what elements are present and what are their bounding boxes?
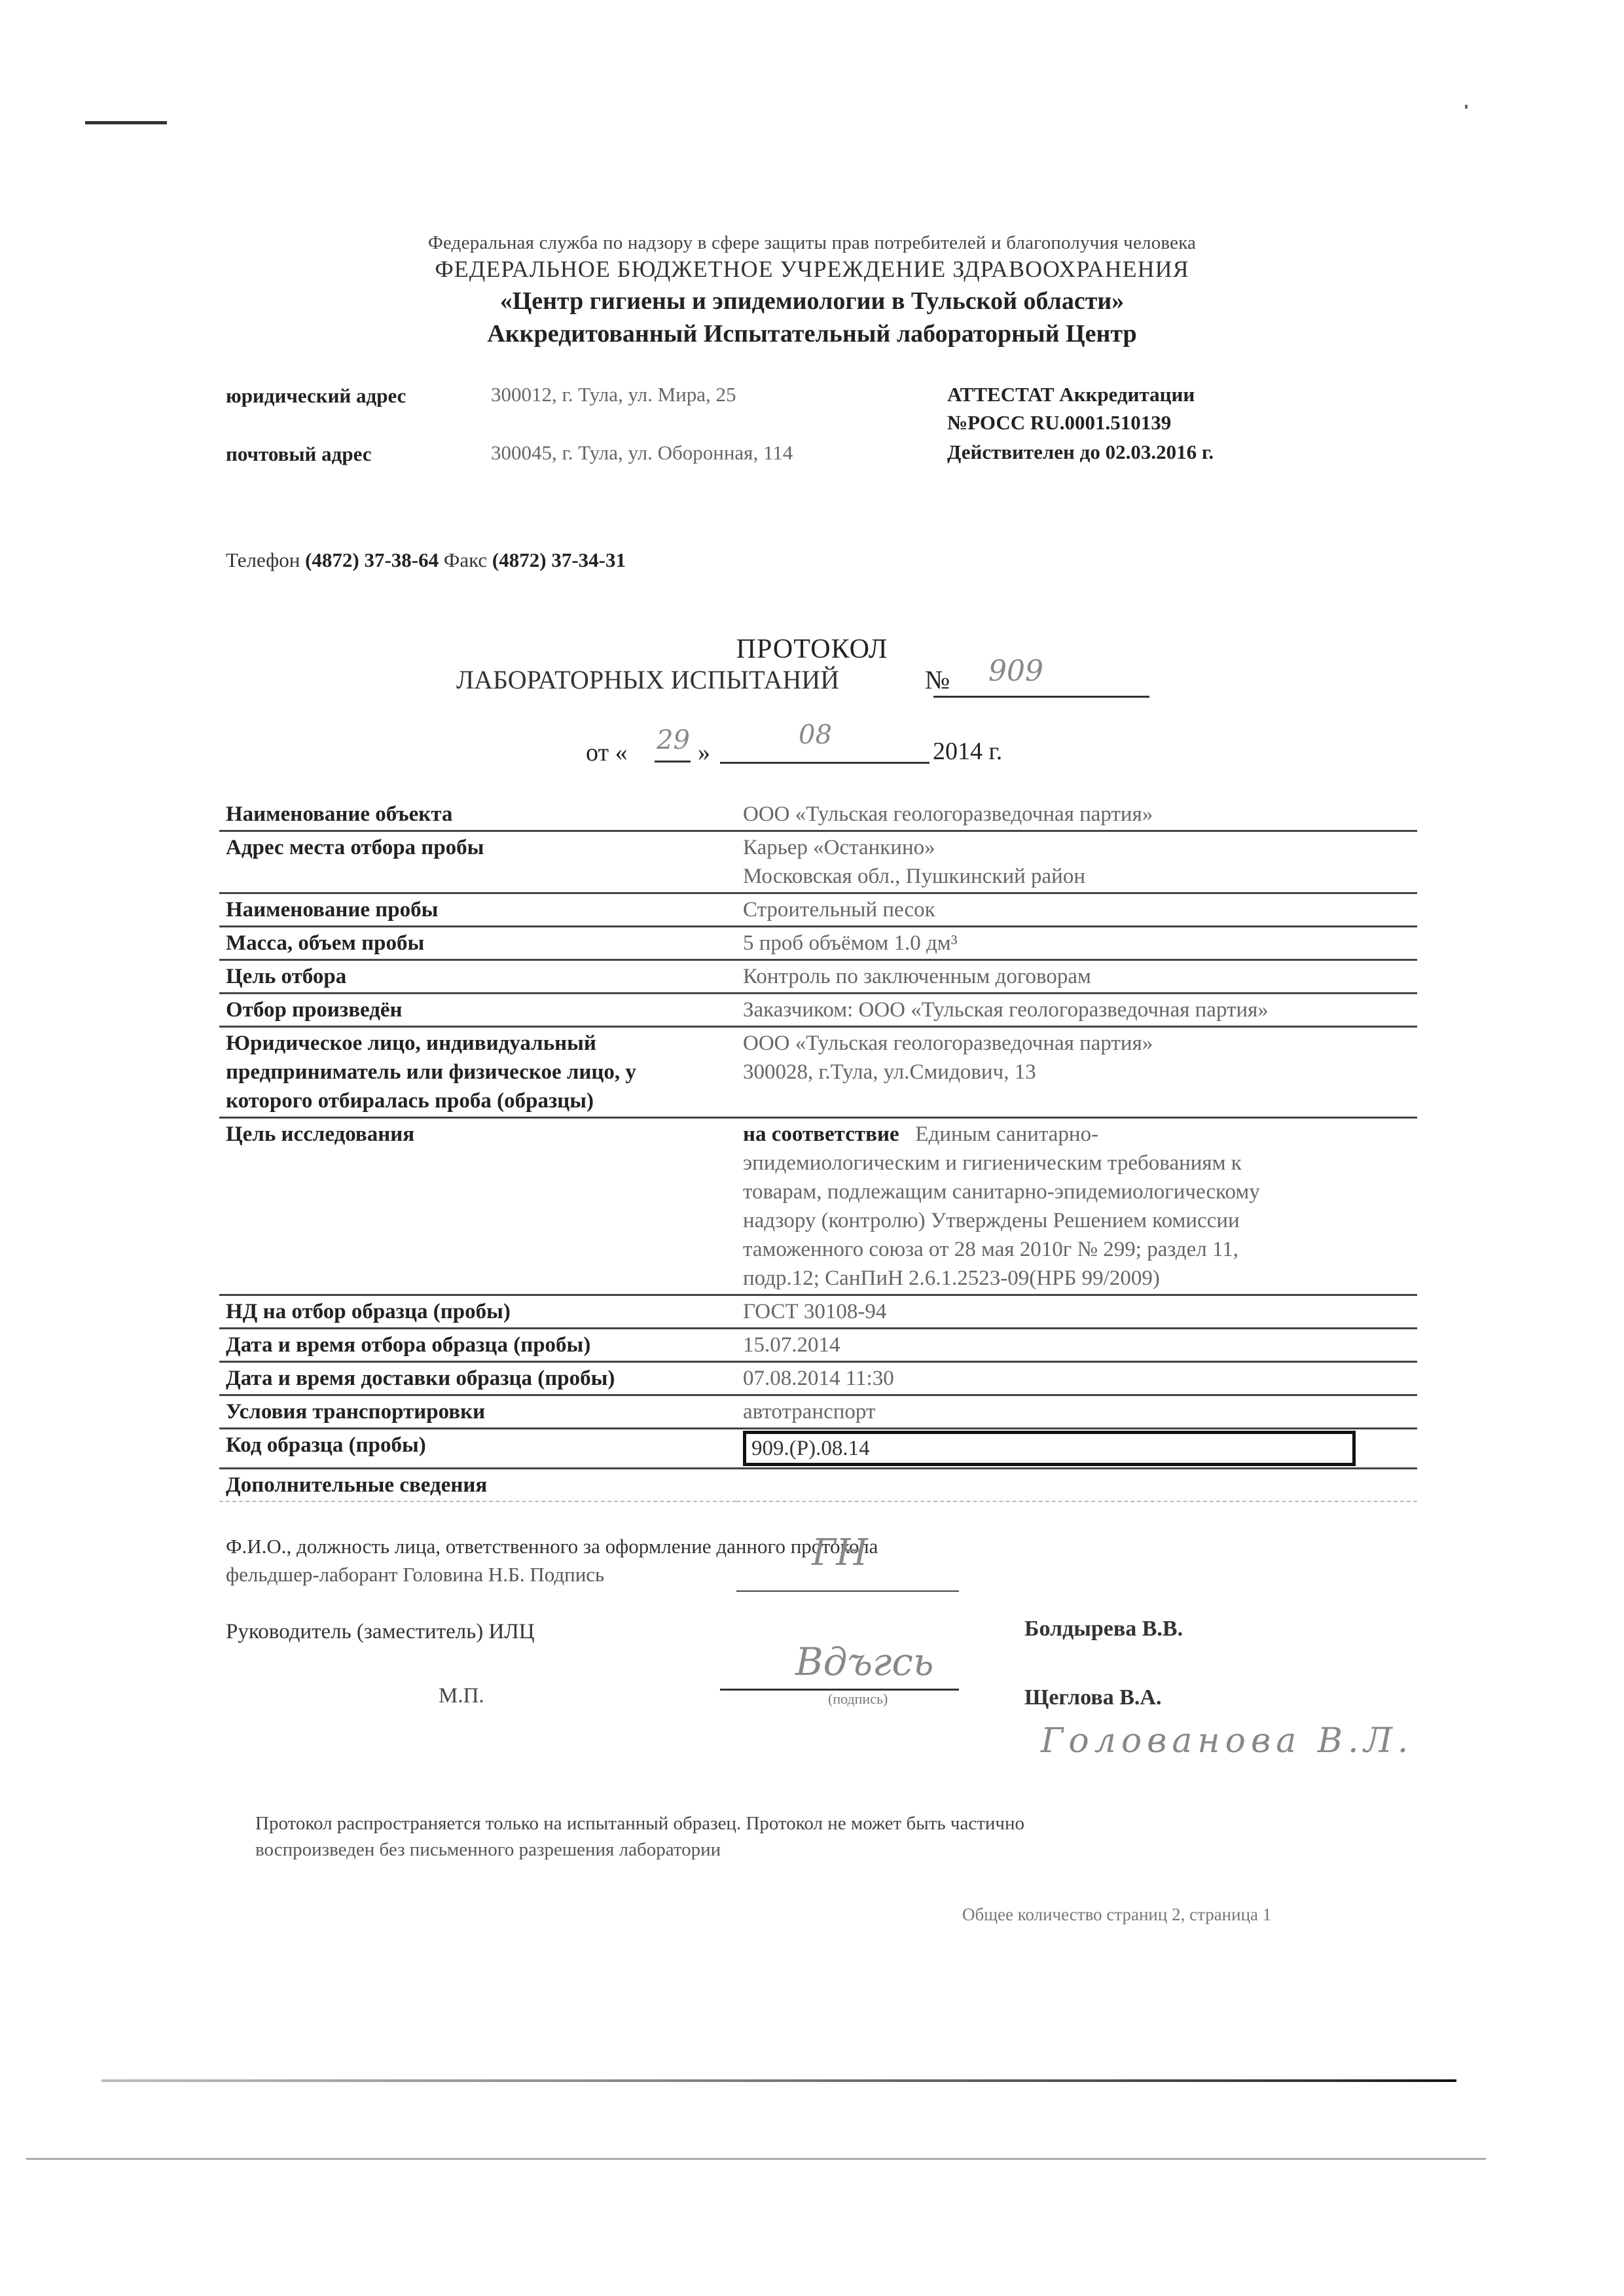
head-signature: Вдъгсь (795, 1640, 933, 1684)
disclaimer-line-2: воспроизведен без письменного разрешения… (255, 1839, 721, 1861)
lab-name: Аккредитованный Испытательный лабораторн… (0, 319, 1624, 348)
bottom-rule (101, 2079, 1456, 2082)
row-value: 15.07.2014 (736, 1329, 1417, 1362)
table-row: Адрес места отбора пробы Карьер «Останки… (219, 831, 1417, 893)
row-value: 07.08.2014 11:30 (736, 1362, 1417, 1395)
signature-caption: (подпись) (828, 1691, 888, 1708)
row-value-line2: 300028, г.Тула, ул.Смидович, 13 (743, 1058, 1417, 1086)
row-label: НД на отбор образца (пробы) (219, 1295, 736, 1329)
day-underline (655, 761, 691, 762)
page-count: Общее количество страниц 2, страница 1 (962, 1905, 1271, 1925)
row-label: Масса, объем пробы (219, 927, 736, 960)
phone-label: Телефон (226, 548, 300, 571)
fax-number: (4872) 37-34-31 (492, 548, 626, 571)
table-row: Наименование пробы Строительный песок (219, 893, 1417, 927)
date-prefix: от « (586, 738, 628, 767)
row-value: ООО «Тульская геологоразведочная партия» (736, 798, 1417, 831)
row-label: Юридическое лицо, индивидуальный предпри… (219, 1027, 736, 1118)
legal-address-value: 300012, г. Тула, ул. Мира, 25 (491, 383, 736, 406)
accreditation-title: АТТЕСТАТ Аккредитации (947, 383, 1195, 406)
row-label: Код образца (пробы) (219, 1429, 736, 1469)
institution-name: ФЕДЕРАЛЬНОЕ БЮДЖЕТНОЕ УЧРЕЖДЕНИЕ ЗДРАВОО… (0, 255, 1624, 283)
table-row: Масса, объем пробы 5 проб объёмом 1.0 дм… (219, 927, 1417, 960)
scan-dot (1465, 105, 1468, 109)
row-label: Цель исследования (219, 1118, 736, 1295)
protocol-subtitle: ЛАБОРАТОРНЫХ ИСПЫТАНИЙ (456, 664, 839, 695)
head-name-2: Щеглова В.А. (1024, 1685, 1161, 1710)
legal-address-label: юридический адрес (226, 384, 406, 408)
row-value (736, 1469, 1417, 1502)
table-row: НД на отбор образца (пробы) ГОСТ 30108-9… (219, 1295, 1417, 1329)
phone-number: (4872) 37-38-64 (305, 548, 439, 571)
table-row: Наименование объекта ООО «Тульская геоло… (219, 798, 1417, 831)
responsible-signature: ГН (812, 1532, 868, 1574)
row-label: Цель отбора (219, 960, 736, 994)
head-label: Руководитель (заместитель) ИЛЦ (226, 1620, 535, 1644)
row-label: Наименование пробы (219, 893, 736, 927)
row-value: на соответствие Единым санитарно-эпидеми… (736, 1118, 1417, 1295)
row-value: 5 проб объёмом 1.0 дм³ (736, 927, 1417, 960)
row-value: Строительный песок (736, 893, 1417, 927)
signature-underline (736, 1590, 959, 1592)
date-separator: » (698, 738, 710, 767)
postal-address-value: 300045, г. Тула, ул. Оборонная, 114 (491, 441, 793, 465)
table-row: Дополнительные сведения (219, 1469, 1417, 1502)
row-value-line1: Карьер «Останкино» (743, 833, 1417, 862)
row-value: автотранспорт (736, 1395, 1417, 1429)
stamp-label: М.П. (439, 1684, 484, 1708)
protocol-number-label: № (925, 664, 950, 695)
responsible-person-name: фельдшер-лаборант Головина Н.Б. Подпись (226, 1563, 604, 1587)
table-row: Дата и время доставки образца (пробы) 07… (219, 1362, 1417, 1395)
table-row: Цель отбора Контроль по заключенным дого… (219, 960, 1417, 994)
row-value: Заказчиком: ООО «Тульская геологоразведо… (736, 994, 1417, 1027)
head-name-1: Болдырева В.В. (1024, 1617, 1183, 1641)
row-value-line1: ООО «Тульская геологоразведочная партия» (743, 1029, 1417, 1058)
number-underline (933, 696, 1149, 698)
accreditation-validity: Действителен до 02.03.2016 г. (947, 440, 1214, 464)
protocol-title: ПРОТОКОЛ (0, 634, 1624, 665)
row-value: ГОСТ 30108-94 (736, 1295, 1417, 1329)
protocol-day: 29 (657, 725, 690, 755)
row-label: Наименование объекта (219, 798, 736, 831)
postal-address-label: почтовый адрес (226, 442, 371, 466)
disclaimer-line-1: Протокол распространяется только на испы… (255, 1813, 1024, 1835)
bottom-rule-faint (26, 2158, 1486, 2160)
row-value: ООО «Тульская геологоразведочная партия»… (736, 1027, 1417, 1118)
center-name: «Центр гигиены и эпидемиологии в Тульско… (0, 287, 1624, 315)
protocol-month: 08 (799, 720, 832, 750)
table-row: Юридическое лицо, индивидуальный предпри… (219, 1027, 1417, 1118)
scan-mark (85, 121, 167, 124)
row-label: Условия транспортировки (219, 1395, 736, 1429)
row-value-line2: Московская обл., Пушкинский район (743, 862, 1417, 891)
row-label: Дополнительные сведения (219, 1469, 736, 1502)
row-value-text: Единым санитарно-эпидемиологическим и ги… (743, 1122, 1260, 1290)
row-label: Отбор произведён (219, 994, 736, 1027)
table-row: Отбор произведён Заказчиком: ООО «Тульск… (219, 994, 1417, 1027)
table-row: Код образца (пробы) 909.(Р).08.14 (219, 1429, 1417, 1469)
responsible-person-label: Ф.И.О., должность лица, ответственного з… (226, 1535, 878, 1558)
contacts-line: Телефон (4872) 37-38-64 Факс (4872) 37-3… (226, 548, 626, 572)
row-value: Карьер «Останкино» Московская обл., Пушк… (736, 831, 1417, 893)
row-label: Дата и время отбора образца (пробы) (219, 1329, 736, 1362)
row-value: 909.(Р).08.14 (736, 1429, 1417, 1469)
sample-code-box: 909.(Р).08.14 (743, 1431, 1356, 1466)
table-row: Дата и время отбора образца (пробы) 15.0… (219, 1329, 1417, 1362)
accreditation-number: №РОСС RU.0001.510139 (947, 411, 1171, 435)
row-value: Контроль по заключенным договорам (736, 960, 1417, 994)
protocol-number: 909 (988, 655, 1043, 688)
protocol-year: 2014 г. (933, 737, 1002, 766)
row-label: Дата и время доставки образца (пробы) (219, 1362, 736, 1395)
agency-name: Федеральная служба по надзору в сфере за… (0, 232, 1624, 254)
table-row: Цель исследования на соответствие Единым… (219, 1118, 1417, 1295)
fax-label: Факс (444, 548, 487, 571)
handwritten-name: Голованова В.Л. (1041, 1721, 1413, 1761)
table-row: Условия транспортировки автотранспорт (219, 1395, 1417, 1429)
month-underline (720, 762, 929, 764)
row-value-bold: на соответствие (743, 1122, 899, 1146)
sample-info-table: Наименование объекта ООО «Тульская геоло… (219, 798, 1417, 1502)
row-label: Адрес места отбора пробы (219, 831, 736, 893)
